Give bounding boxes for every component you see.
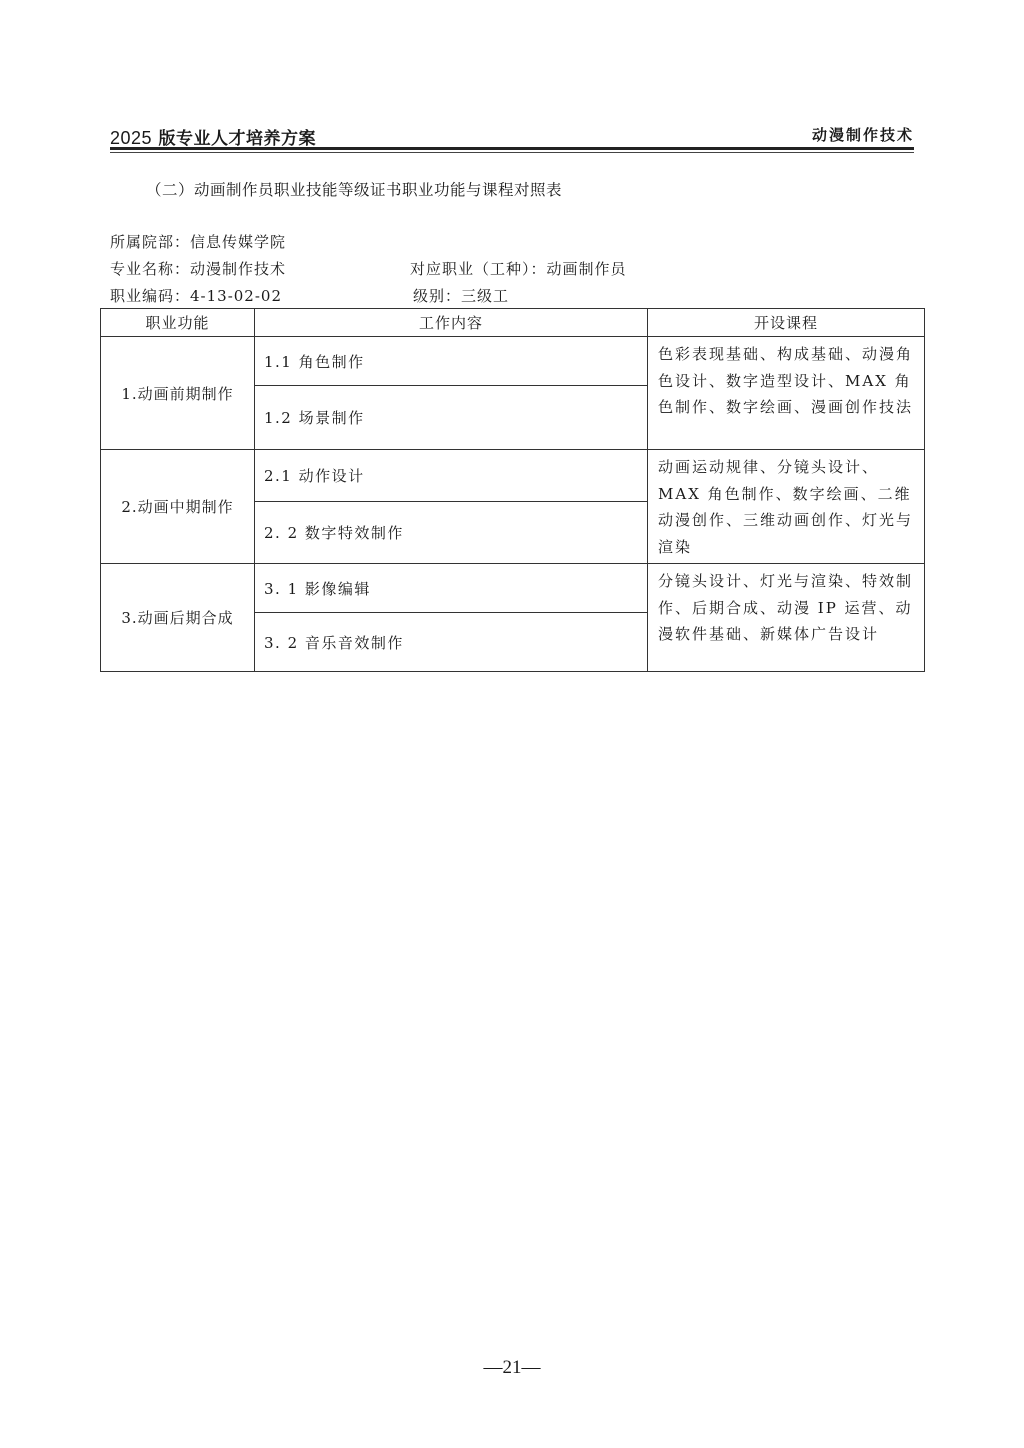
page-number: —21— xyxy=(0,1357,1024,1379)
table-row: 1.动画前期制作 1.1 角色制作 色彩表现基础、构成基础、动漫角色设计、数字造… xyxy=(101,337,925,386)
meta-occupation-code: 职业编码：4-13-02-02 xyxy=(110,285,282,306)
header-rule-thick xyxy=(110,147,914,150)
task-cell: 2. 2 数字特效制作 xyxy=(255,501,648,563)
meta-major: 专业名称：动漫制作技术 xyxy=(110,258,286,279)
task-cell: 1.2 场景制作 xyxy=(255,386,648,450)
function-cell: 3.动画后期合成 xyxy=(101,564,255,672)
header-work-content: 工作内容 xyxy=(255,309,648,337)
courses-cell: 分镜头设计、灯光与渲染、特效制作、后期合成、动漫 IP 运营、动漫软件基础、新媒… xyxy=(648,564,925,672)
header-year: 2025 xyxy=(110,128,152,148)
header-courses: 开设课程 xyxy=(648,309,925,337)
table-row: 3.动画后期合成 3. 1 影像编辑 分镜头设计、灯光与渲染、特效制作、后期合成… xyxy=(101,564,925,613)
task-cell: 1.1 角色制作 xyxy=(255,337,648,386)
header-right-title: 动漫制作技术 xyxy=(812,124,914,145)
meta-level: 级别：三级工 xyxy=(413,285,509,306)
task-cell: 2.1 动作设计 xyxy=(255,450,648,502)
meta-department: 所属院部：信息传媒学院 xyxy=(110,231,286,252)
function-cell: 2.动画中期制作 xyxy=(101,450,255,564)
header-function: 职业功能 xyxy=(101,309,255,337)
table-header-row: 职业功能 工作内容 开设课程 xyxy=(101,309,925,337)
function-course-table: 职业功能 工作内容 开设课程 1.动画前期制作 1.1 角色制作 色彩表现基础、… xyxy=(100,308,925,672)
section-title: （二）动画制作员职业技能等级证书职业功能与课程对照表 xyxy=(146,178,562,200)
table-row: 2.动画中期制作 2.1 动作设计 动画运动规律、分镜头设计、MAX 角色制作、… xyxy=(101,450,925,502)
running-header: 2025 版专业人才培养方案 动漫制作技术 xyxy=(110,124,914,146)
meta-occupation: 对应职业（工种）：动画制作员 xyxy=(410,258,627,279)
task-cell: 3. 2 音乐音效制作 xyxy=(255,613,648,672)
header-program-title: 版专业人才培养方案 xyxy=(158,129,316,149)
header-left-title: 2025 版专业人才培养方案 xyxy=(110,124,316,149)
task-cell: 3. 1 影像编辑 xyxy=(255,564,648,613)
function-cell: 1.动画前期制作 xyxy=(101,337,255,450)
courses-cell: 动画运动规律、分镜头设计、MAX 角色制作、数字绘画、二维动漫创作、三维动画创作… xyxy=(648,450,925,564)
header-rule-thin xyxy=(110,152,914,153)
courses-cell: 色彩表现基础、构成基础、动漫角色设计、数字造型设计、MAX 角色制作、数字绘画、… xyxy=(648,337,925,450)
